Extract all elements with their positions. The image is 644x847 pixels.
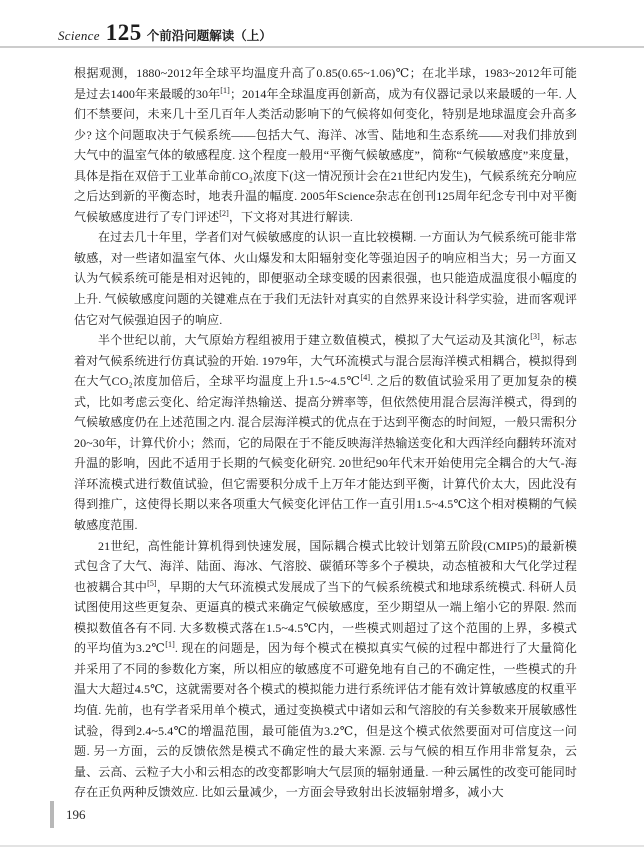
- article-body: 根据观测，1880~2012年全球平均温度升高了0.85(0.65~1.06)℃…: [74, 63, 577, 803]
- body-paragraph: 21世纪，高性能计算机得到快速发展，国际耦合模式比较计划第五阶段(CMIP5)的…: [74, 536, 577, 803]
- series-number: 125: [106, 20, 142, 46]
- journal-name: Science: [58, 28, 100, 44]
- page-footer: 196: [0, 801, 644, 831]
- page-accent-bar: [50, 801, 54, 828]
- body-paragraph: 根据观测，1880~2012年全球平均温度升高了0.85(0.65~1.06)℃…: [74, 63, 577, 227]
- page-header: Science 125 个前沿问题解读（上）: [58, 20, 272, 46]
- header-divider: [0, 46, 644, 48]
- book-page: Science 125 个前沿问题解读（上） 根据观测，1880~2012年全球…: [0, 0, 644, 847]
- body-paragraph: 半个世纪以前，大气原始方程组被用于建立数值模式，模拟了大气运动及其演化[3]，标…: [74, 330, 577, 535]
- page-number: 196: [66, 807, 86, 823]
- body-paragraph: 在过去几十年里，学者们对气候敏感度的认识一直比较模糊. 一方面认为气候系统可能非…: [74, 227, 577, 330]
- series-title: 个前沿问题解读（上）: [147, 26, 272, 44]
